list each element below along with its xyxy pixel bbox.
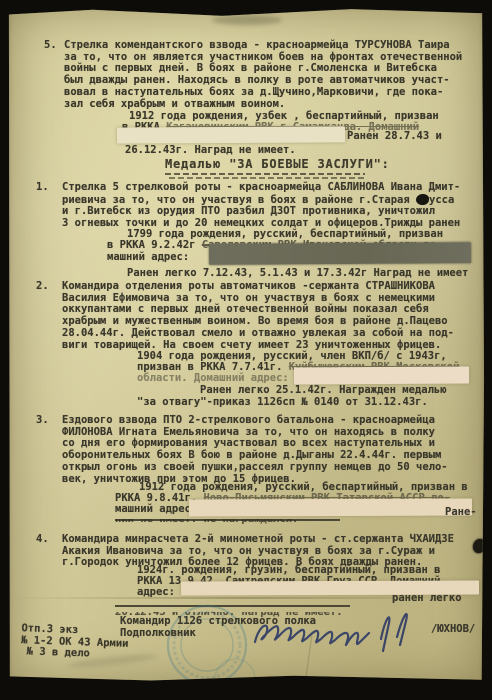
para4-number: 4. — [36, 534, 49, 546]
para2-line: Командира отделения роты автоматчиков -с… — [62, 281, 490, 293]
para1-wounded-note: Ранен легко 7.12.43, 5.1.43 и 17.3.42г Н… — [127, 268, 468, 280]
para3-bio-line: машний адрес: — [115, 504, 197, 516]
para5-award-note: 26.12.43г. Наград не имеет. — [125, 145, 296, 157]
para5-line: вовал в наступательных боях за д.Щучино,… — [64, 87, 488, 99]
para5-line: Стрелка комендантского взвода - красноар… — [64, 40, 488, 52]
para3-line: Ездового взвода ПТО 2-стрелкового баталь… — [62, 415, 490, 427]
ink-blot — [416, 194, 429, 205]
signatory-name: /ЮХНОВ/ — [431, 624, 475, 636]
para3-wounded-note: Ране- — [445, 507, 477, 519]
redaction-block-dark — [209, 242, 471, 265]
para1-bio-line: машний адрес: — [107, 252, 189, 264]
para5-number: 5. — [44, 40, 57, 52]
para2-line: 28.04.44г. Действовал смело и отважно ув… — [62, 328, 490, 340]
para3-line: открыл огонь из своей пушки,рассеял груп… — [62, 462, 490, 474]
medal-header-underline — [165, 173, 365, 179]
document-page: 5. Стрелка комендантского взвода - красн… — [7, 5, 485, 688]
para2-body: Командира отделения роты автоматчиков -с… — [62, 281, 490, 351]
para5-line: зал себя храбрым и отважным воином. — [64, 99, 488, 111]
para2-bio-line: области. Домашний адрес: — [137, 373, 289, 385]
para2-award-note: Ранен легко 25.1.42г. Награжден медалью — [200, 385, 447, 397]
para1-line: Стрелка 5 стрелковой роты - красноармейц… — [62, 182, 490, 194]
scanned-award-document: { "p5": { "num": "5.", "l1": "Стрелка ко… — [0, 0, 492, 700]
redaction-patch-light — [294, 367, 469, 385]
smudge-mark — [212, 15, 282, 25]
para1-number: 1. — [36, 182, 49, 194]
para2-number: 2. — [36, 281, 49, 293]
para4-line: Командира минрасчета 2-й минометной роты… — [62, 534, 490, 546]
paper-hole — [473, 539, 485, 553]
para3-number: 3. — [36, 415, 49, 427]
redaction-patch-light — [117, 126, 345, 143]
signature — [245, 597, 440, 655]
medal-header: Медалью "ЗА БОЕВЫЕ ЗАСЛУГИ": — [165, 159, 390, 171]
crease-line — [7, 597, 485, 599]
para1-body: Стрелка 5 стрелковой роты - красноармейц… — [62, 182, 490, 230]
para2-award-note: "за отвагу"-приказ 1126сп № 0140 от 31.1… — [137, 397, 428, 409]
strike-mark — [115, 519, 340, 521]
redaction-patch-light — [189, 499, 472, 517]
para5-wounded-note: Ранен 28.7.43 и — [347, 131, 442, 143]
para5-body: Стрелка комендантского взвода - красноар… — [64, 40, 488, 110]
commander-rank-line: Подполковник — [120, 628, 196, 640]
para3-body: Ездового взвода ПТО 2-стрелкового баталь… — [62, 415, 490, 485]
bio-text: в РККА 9.2.42г — [107, 239, 202, 251]
para1-line-text: риевича за то, что он участвуя в боях в … — [62, 194, 416, 206]
para1-line-text: усса — [429, 194, 454, 206]
